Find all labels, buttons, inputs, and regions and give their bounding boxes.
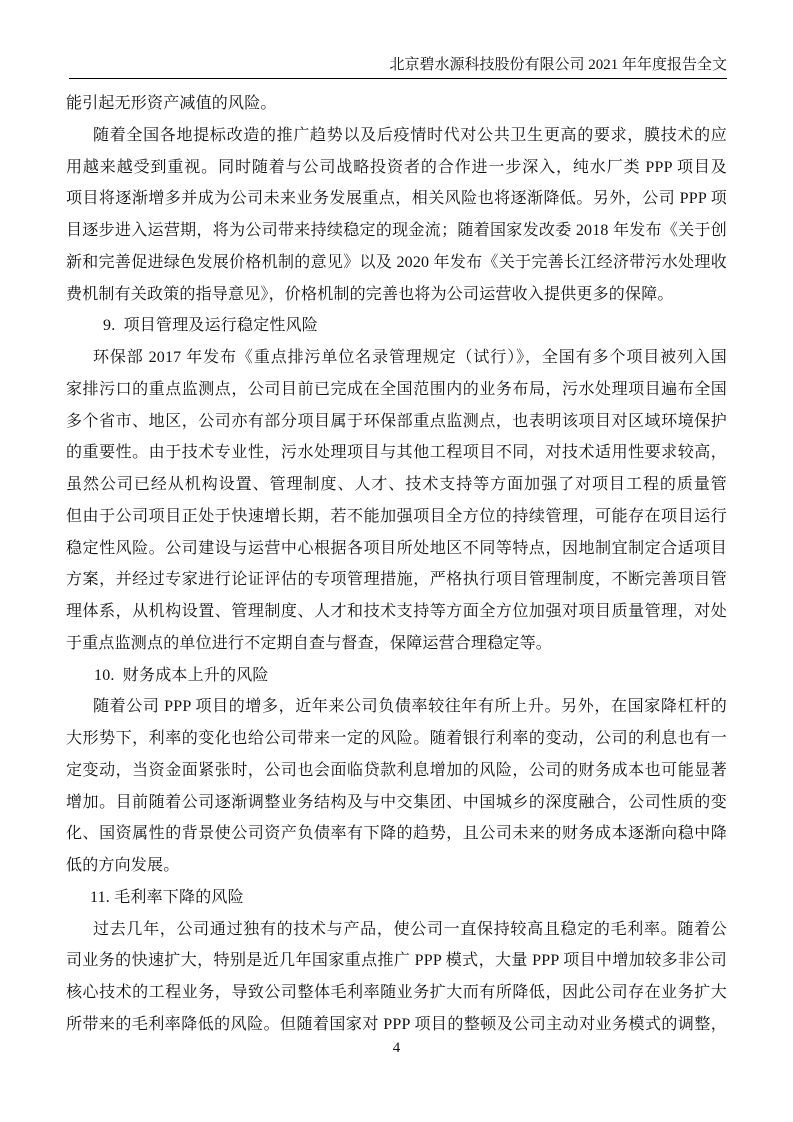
page-number: 4 xyxy=(66,1038,727,1058)
text-line: 随着全国各地提标改造的推广趋势以及后疫情时代对公共卫生更高的要求，膜技术的应 xyxy=(66,120,727,152)
text-line: 核心技术的工程业务，导致公司整体毛利率随业务扩大而有所降低，因此公司存在业务扩大 xyxy=(66,977,727,1009)
text-line: 大形势下，利率的变化也给公司带来一定的风险。随着银行利率的变动，公司的利息也有一 xyxy=(66,723,727,755)
text-line: 但由于公司项目正处于快速增长期，若不能加强项目全方位的持续管理，可能存在项目运行 xyxy=(66,501,727,533)
text-line: 稳定性风险。公司建设与运营中心根据各项目所处地区不同等特点，因地制宜制定合适项目 xyxy=(66,533,727,565)
text-line: 定变动，当资金面紧张时，公司也会面临贷款利息增加的风险，公司的财务成本也可能显著 xyxy=(66,755,727,787)
section-heading: 9. 项目管理及运行稳定性风险 xyxy=(66,310,727,342)
text-line: 理体系，从机构设置、管理制度、人才和技术支持等方面全方位加强对项目质量管理，对处 xyxy=(66,596,727,628)
text-line: 方案，并经过专家进行论证评估的专项管理措施，严格执行项目管理制度，不断完善项目管 xyxy=(66,564,727,596)
text-line: 新和完善促进绿色发展价格机制的意见》以及 2020 年发布《关于完善长江经济带污… xyxy=(66,247,727,279)
text-line: 所带来的毛利率降低的风险。但随着国家对 PPP 项目的整顿及公司主动对业务模式的… xyxy=(66,1009,727,1041)
text-line: 项目将逐渐增多并成为公司未来业务发展重点，相关风险也将逐渐降低。另外，公司 PP… xyxy=(66,183,727,215)
text-line: 能引起无形资产减值的风险。 xyxy=(66,88,727,120)
page-header-title: 北京碧水源科技股份有限公司 2021 年年度报告全文 xyxy=(389,56,727,75)
text-line: 费机制有关政策的指导意见》，价格机制的完善也将为公司运营收入提供更多的保障。 xyxy=(66,279,727,311)
section-heading: 10. 财务成本上升的风险 xyxy=(66,660,727,692)
document-body: 能引起无形资产减值的风险。 随着全国各地提标改造的推广趋势以及后疫情时代对公共卫… xyxy=(66,88,727,1041)
text-line: 化、国资属性的背景使公司资产负债率有下降的趋势，且公司未来的财务成本逐渐向稳中降 xyxy=(66,818,727,850)
section-heading: 11. 毛利率下降的风险 xyxy=(66,882,727,914)
text-line: 目逐步进入运营期，将为公司带来持续稳定的现金流；随着国家发改委 2018 年发布… xyxy=(66,215,727,247)
header-divider-rule xyxy=(69,78,727,79)
text-line: 于重点监测点的单位进行不定期自查与督查，保障运营合理稳定等。 xyxy=(66,628,727,660)
report-page: 北京碧水源科技股份有限公司 2021 年年度报告全文 能引起无形资产减值的风险。… xyxy=(0,0,793,1122)
text-line: 虽然公司已经从机构设置、管理制度、人才、技术支持等方面加强了对项目工程的质量管理… xyxy=(66,469,727,501)
text-line: 的重要性。由于技术专业性，污水处理项目与其他工程项目不同，对技术适用性要求较高， xyxy=(66,437,727,469)
text-line: 低的方向发展。 xyxy=(66,850,727,882)
text-line: 用越来越受到重视。同时随着与公司战略投资者的合作进一步深入，纯水厂类 PPP 项… xyxy=(66,152,727,184)
text-line: 家排污口的重点监测点，公司目前已完成在全国范围内的业务布局，污水处理项目遍布全国 xyxy=(66,374,727,406)
text-line: 多个省市、地区，公司亦有部分项目属于环保部重点监测点，也表明该项目对区域环境保护 xyxy=(66,406,727,438)
text-line: 随着公司 PPP 项目的增多，近年来公司负债率较往年有所上升。另外，在国家降杠杆… xyxy=(66,691,727,723)
text-line: 增加。目前随着公司逐渐调整业务结构及与中交集团、中国城乡的深度融合，公司性质的变 xyxy=(66,787,727,819)
text-line: 过去几年，公司通过独有的技术与产品，使公司一直保持较高且稳定的毛利率。随着公 xyxy=(66,914,727,946)
text-line: 司业务的快速扩大，特别是近几年国家重点推广 PPP 模式，大量 PPP 项目中增… xyxy=(66,945,727,977)
text-line: 环保部 2017 年发布《重点排污单位名录管理规定（试行）》，全国有多个项目被列… xyxy=(66,342,727,374)
